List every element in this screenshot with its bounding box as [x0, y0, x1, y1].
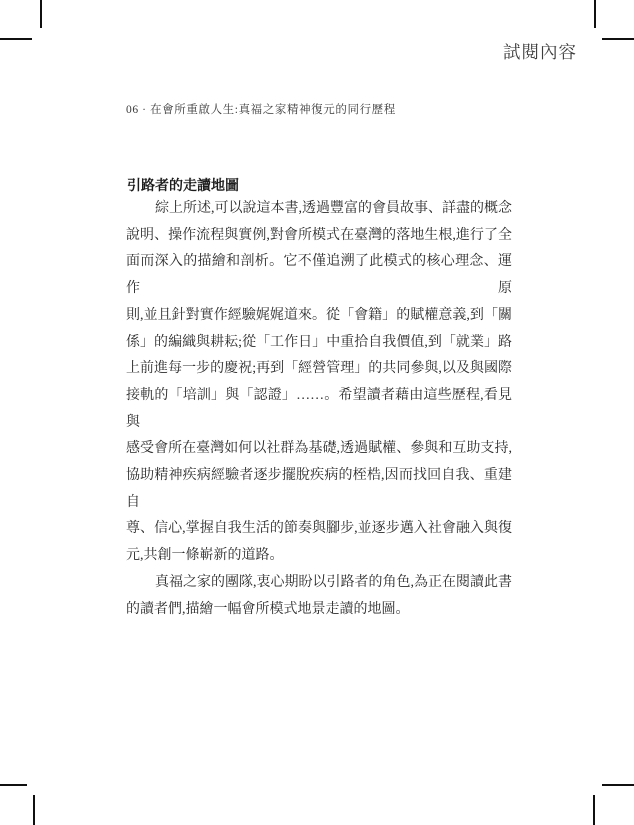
crop-mark-top-right-horizontal — [602, 38, 634, 40]
paragraph-line: 感受會所在臺灣如何以社群為基礎,透過賦權、參與和互助支持, — [126, 436, 512, 463]
crop-mark-bottom-left-vertical — [33, 795, 35, 825]
paragraph-line: 則,並且針對實作經驗娓娓道來。從「會籍」的賦權意義,到「關 — [126, 303, 512, 330]
paragraph-line: 協助精神疾病經驗者逐步擺脫疾病的桎梏,因而找回自我、重建自 — [126, 463, 512, 516]
crop-mark-top-left-horizontal — [0, 38, 32, 40]
paragraph-line: 尊、信心,掌握自我生活的節奏與腳步,並逐步邁入社會融入與復 — [126, 516, 512, 543]
crop-mark-bottom-right-horizontal — [602, 784, 634, 786]
paragraph-line: 綜上所述,可以說這本書,透過豐富的會員故事、詳盡的概念 — [126, 196, 512, 223]
paragraph-line: 上前進每一步的慶祝;再到「經營管理」的共同參與,以及與國際 — [126, 356, 512, 383]
body-text: 綜上所述,可以說這本書,透過豐富的會員故事、詳盡的概念 說明、操作流程與實例,對… — [126, 196, 512, 623]
crop-mark-top-left-vertical — [40, 0, 42, 28]
crop-mark-top-right-vertical — [594, 0, 596, 28]
paragraph-line: 的讀者們,描繪一幅會所模式地景走讀的地圖。 — [126, 597, 512, 624]
running-header: 06 · 在會所重啟人生:真福之家精神復元的同行歷程 — [126, 104, 396, 117]
section-title: 引路者的走讀地圖 — [127, 178, 239, 193]
book-page-scan: 試閱內容 06 · 在會所重啟人生:真福之家精神復元的同行歷程 引路者的走讀地圖… — [0, 0, 634, 825]
paragraph-line: 元,共創一條嶄新的道路。 — [126, 543, 512, 570]
paragraph-line: 說明、操作流程與實例,對會所模式在臺灣的落地生根,進行了全 — [126, 223, 512, 250]
crop-mark-bottom-left-horizontal — [0, 784, 27, 786]
crop-mark-bottom-right-vertical — [593, 795, 595, 825]
paragraph-line: 接軌的「培訓」與「認證」……。希望讀者藉由這些歷程,看見與 — [126, 383, 512, 436]
paragraph-line: 面而深入的描繪和剖析。它不僅追溯了此模式的核心理念、運作原 — [126, 249, 512, 302]
preview-content-label: 試閱內容 — [406, 43, 577, 62]
paragraph-line: 真福之家的團隊,衷心期盼以引路者的角色,為正在閱讀此書 — [126, 570, 512, 597]
paragraph-line: 係」的編織與耕耘;從「工作日」中重拾自我價值,到「就業」路 — [126, 330, 512, 357]
